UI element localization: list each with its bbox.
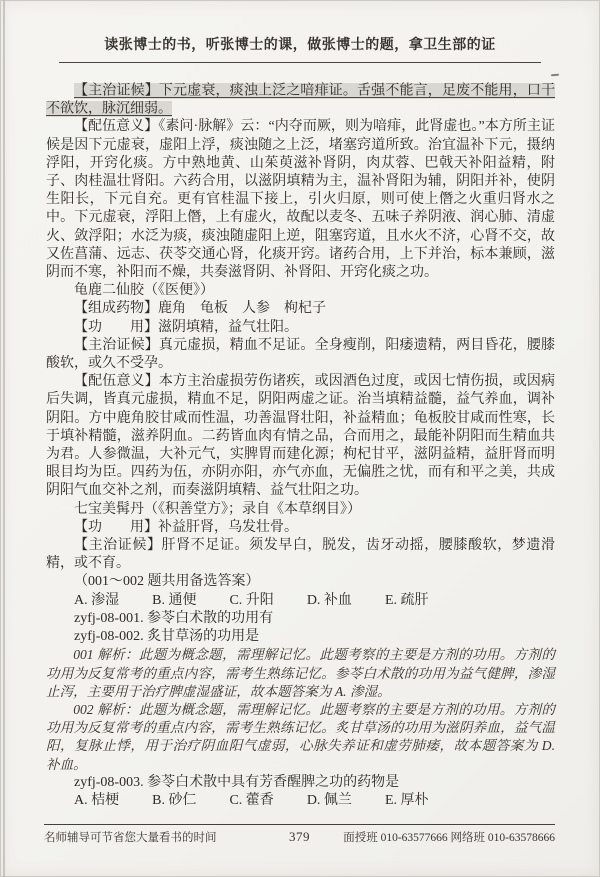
option-e: E. 疏肝 [385, 593, 429, 608]
paragraph-guilu-function: 【功 用】滋阴填精，益气壮阳。 [46, 319, 555, 337]
footer-slogan: 名师辅导可节省您大量看书的时间 [44, 829, 217, 845]
option-d: D. 佩兰 [307, 793, 352, 808]
paragraph-qibao-indication: 【主治证候】肝肾不足证。须发早白，脱发，齿牙动摇，腰膝酸软，梦遗滑精，或不育。 [46, 537, 555, 573]
exam-question-001: zyfj-08-001. 参苓白术散的功用有 [46, 610, 555, 628]
option-a: A. 渗湿 [74, 593, 119, 608]
exam-shared-note: （001～002 题共用备选答案） [46, 573, 555, 591]
scan-edge-line [3, 0, 5, 877]
page-footer: 名师辅导可节省您大量看书的时间 379 面授班 010-63577666 网络班… [44, 824, 555, 845]
option-d: D. 补血 [307, 593, 352, 608]
page-header: 读张博士的书，听张博士的课，做张博士的题，拿卫生部的证 [0, 0, 600, 63]
paragraph-guilu-composition: 【组成药物】鹿角 龟板 人参 枸杞子 [46, 300, 555, 318]
exam-options-row-1: A. 渗湿B. 通便C. 升阳D. 补血E. 疏肝 [46, 592, 555, 610]
option-b: B. 通便 [152, 593, 196, 608]
header-slogan: 读张博士的书，听张博士的课，做张博士的题，拿卫生部的证 [0, 36, 600, 56]
option-a: A. 桔梗 [74, 793, 119, 808]
option-c: C. 藿香 [229, 793, 273, 808]
page-content: 【主治证候】下元虚衰，痰浊上泛之喑痱证。舌强不能言，足废不能用，口干不欲饮，脉沉… [46, 82, 555, 810]
option-c: C. 升阳 [229, 593, 273, 608]
exam-analysis-002: 002 解析：此题为概念题，需理解记忆。此题考察的主要是方剂的功用。方剂的功用为… [46, 701, 555, 774]
scan-speck [551, 74, 559, 77]
paragraph-pairing-meaning-1: 【配伍意义】《素问·脉解》云：“内夺而厥，则为喑痱，此肾虚也。”本方所主证候是因… [46, 118, 555, 282]
page: 读张博士的书，听张博士的课，做张博士的题，拿卫生部的证 【主治证候】下元虚衰，痰… [0, 0, 600, 877]
highlighted-underlined-text: 【主治证候】下元虚衰，痰浊上泛之喑痱证。舌强不能言，足废不能用，口干不欲饮，脉沉… [46, 83, 555, 117]
paragraph-guilu-pairing: 【配伍意义】本方主治虚损劳伤诸疾，或因酒色过度，或因七情伤损，或因病后失调，皆真… [46, 373, 555, 500]
exam-question-002: zyfj-08-002. 炙甘草汤的功用是 [46, 628, 555, 646]
option-b: B. 砂仁 [152, 793, 196, 808]
page-number: 379 [289, 829, 310, 845]
paragraph-main-indication: 【主治证候】下元虚衰，痰浊上泛之喑痱证。舌强不能言，足废不能用，口干不欲饮，脉沉… [46, 82, 555, 118]
header-rule [59, 62, 541, 63]
formula-title-guilu: 龟鹿二仙胶（《医便》） [46, 282, 555, 300]
formula-title-qibao: 七宝美髯丹（《积善堂方》；录自《本草纲目》） [46, 501, 555, 519]
option-e: E. 厚朴 [385, 793, 429, 808]
paragraph-guilu-indication: 【主治证候】真元虚损，精血不足证。全身瘦削，阳痿遗精，两目昏花，腰膝酸软，或久不… [46, 337, 555, 373]
exam-question-003: zyfj-08-003. 参苓白术散中具有芳香醒脾之功的药物是 [46, 774, 555, 792]
scanned-book-page: { "theme": { "paper": "#f4f3ef", "ink": … [0, 0, 600, 877]
exam-options-row-3: A. 桔梗B. 砂仁C. 藿香D. 佩兰E. 厚朴 [46, 792, 555, 810]
footer-rule [44, 824, 555, 825]
footer-row: 名师辅导可节省您大量看书的时间 379 面授班 010-63577666 网络班… [44, 829, 555, 845]
paragraph-qibao-function: 【功 用】补益肝肾，乌发壮骨。 [46, 519, 555, 537]
exam-analysis-001: 001 解析：此题为概念题，需理解记忆。此题考察的主要是方剂的功用。方剂的功用为… [46, 646, 555, 701]
footer-contact: 面授班 010-63577666 网络班 010-63578666 [343, 829, 555, 845]
